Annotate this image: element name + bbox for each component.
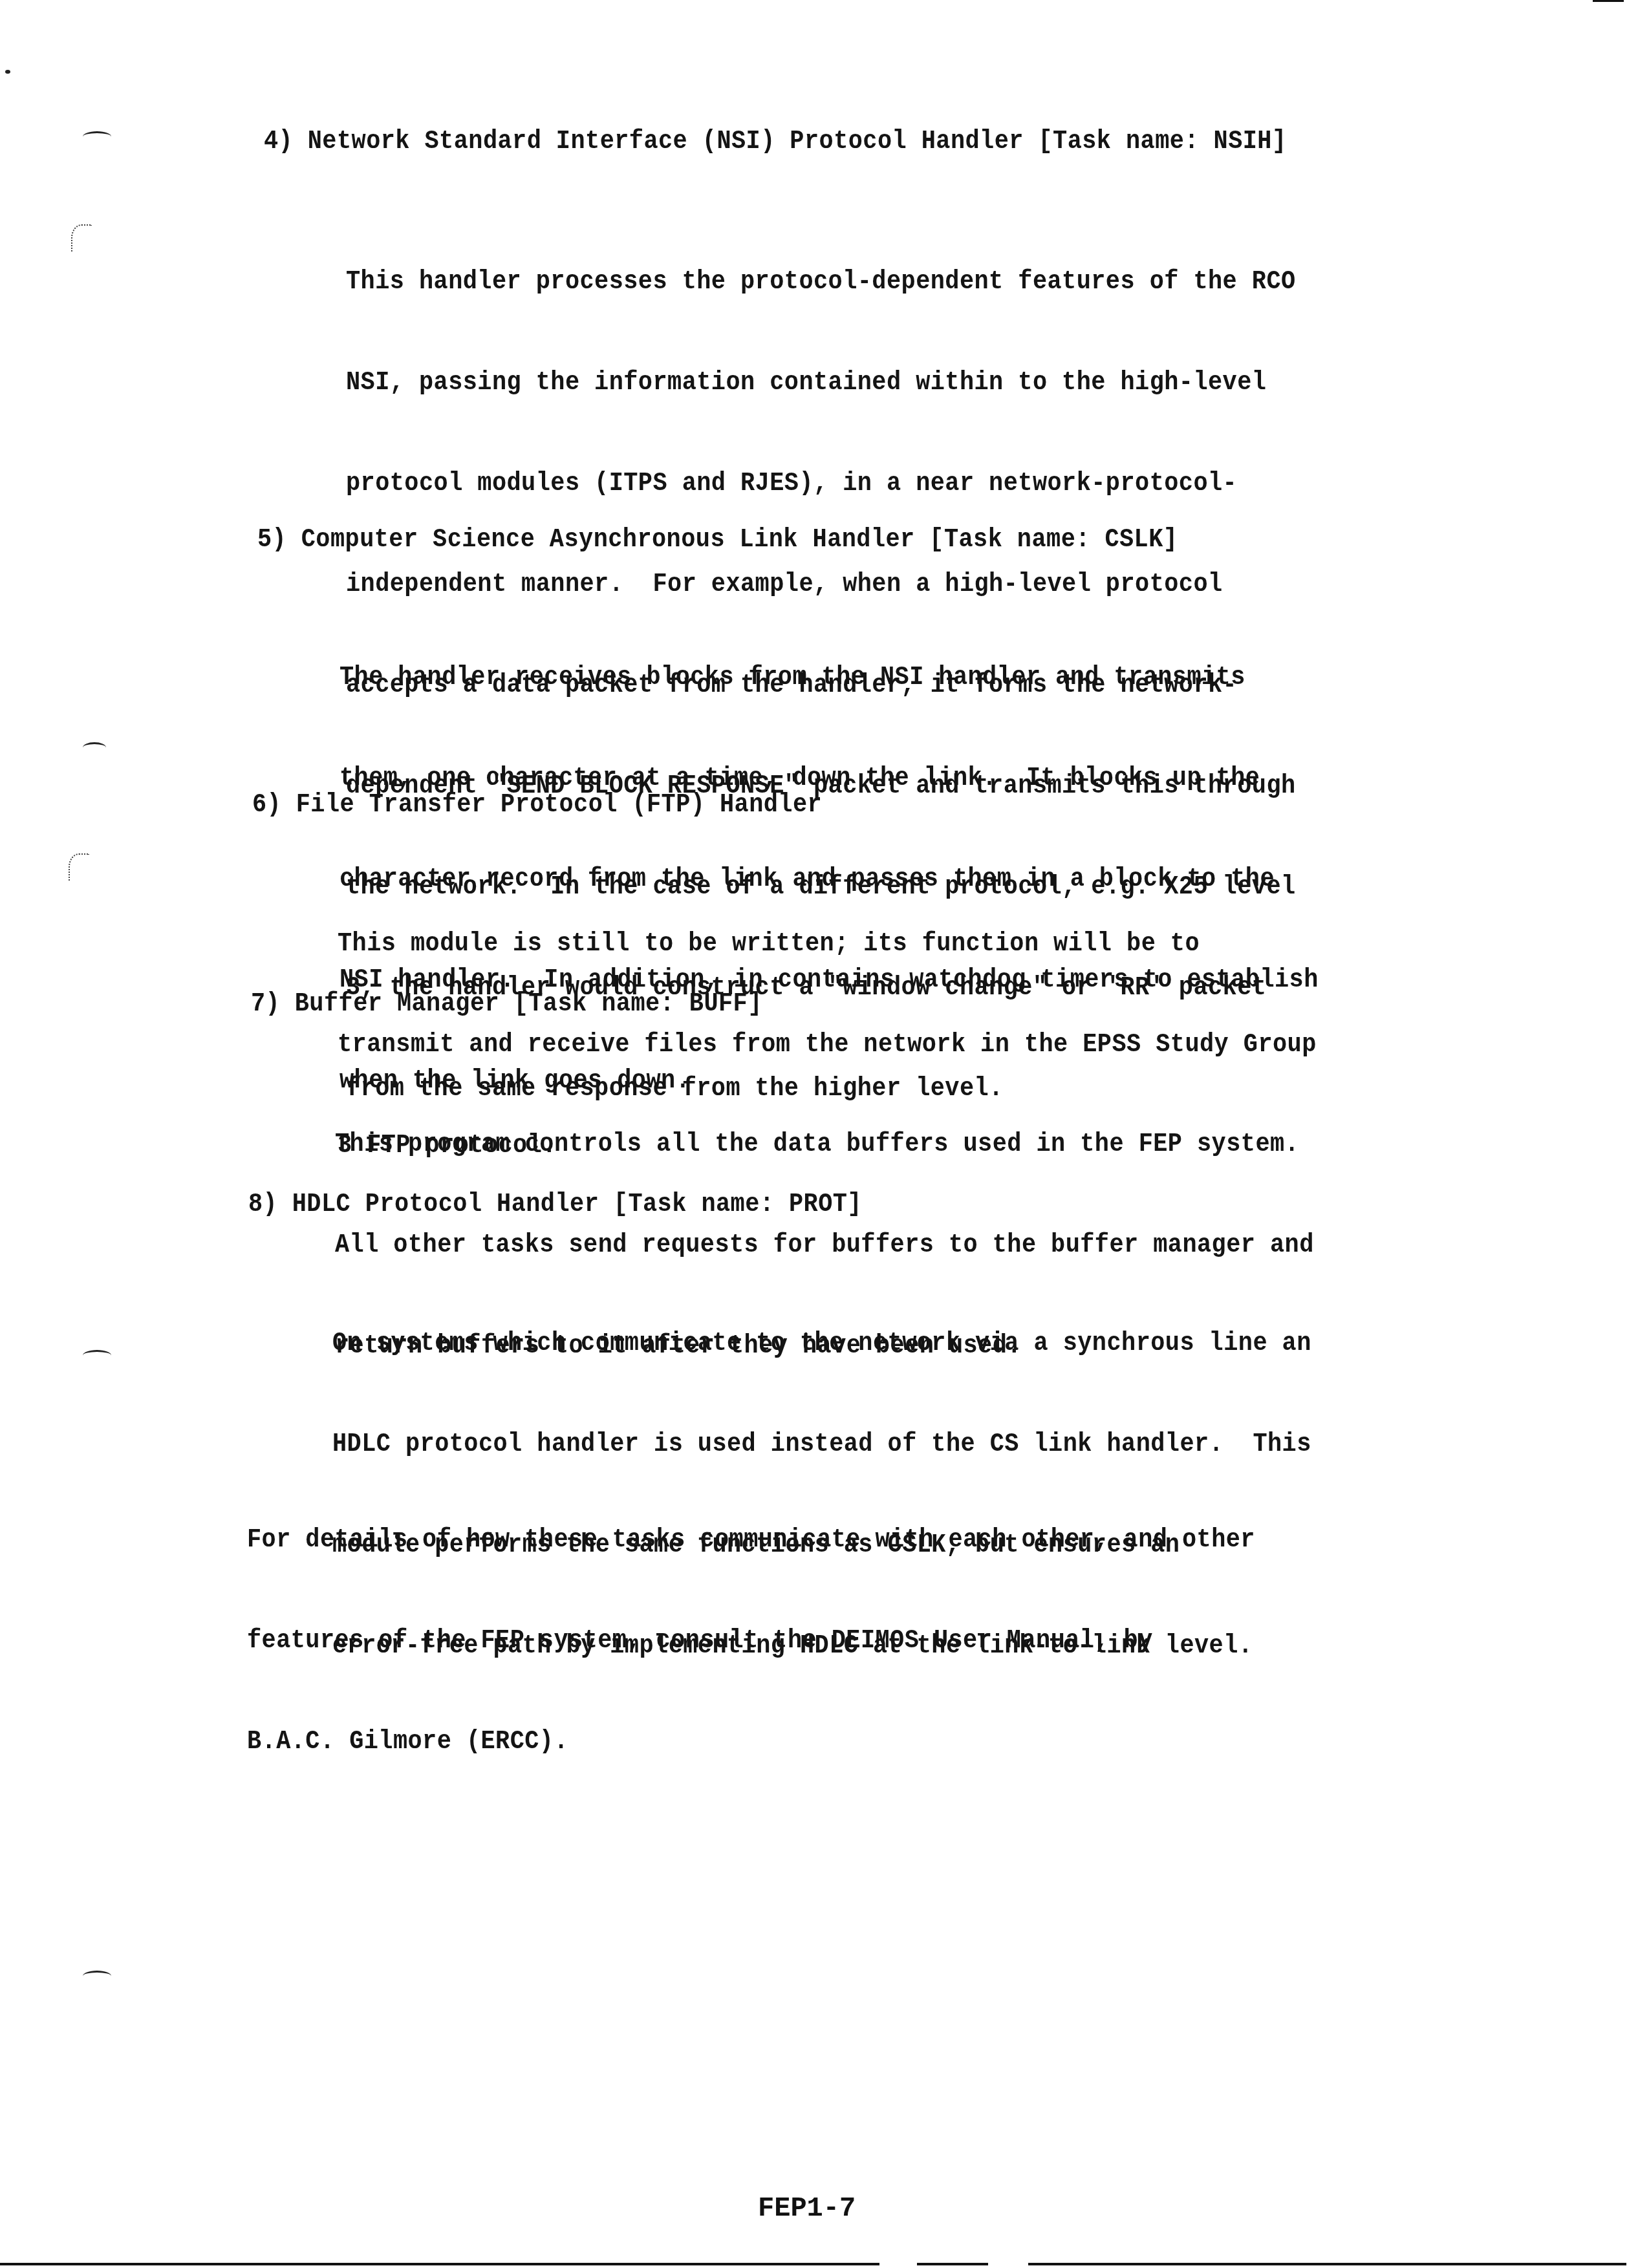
section-4-heading: 4) Network Standard Interface (NSI) Prot… <box>264 127 1287 156</box>
body-line: The handler receives blocks from the NSI… <box>339 661 1319 694</box>
section-8-heading: 8) HDLC Protocol Handler [Task name: PRO… <box>248 1190 862 1219</box>
body-line: transmit and receive files from the netw… <box>338 1028 1317 1062</box>
body-line: All other tasks send requests for buffer… <box>335 1228 1314 1262</box>
section-5-heading: 5) Computer Science Asynchronous Link Ha… <box>257 525 1178 555</box>
bottom-rule <box>917 2263 988 2265</box>
bottom-rule <box>1028 2263 1626 2265</box>
section-7-heading: 7) Buffer Manager [Task name: BUFF] <box>251 989 762 1019</box>
punch-hole-mark <box>71 224 92 251</box>
page-number: FEP1-7 <box>758 2193 856 2224</box>
body-line: This program controls all the data buffe… <box>335 1128 1314 1161</box>
body-line: On systems which communicate to the netw… <box>332 1327 1311 1360</box>
scan-edge-line <box>1593 0 1624 2</box>
closing-paragraph: For details of how these tasks communica… <box>247 1456 1255 1826</box>
scan-speck <box>5 70 10 74</box>
body-line: This module is still to be written; its … <box>338 927 1317 961</box>
section-6-heading: 6) File Transfer Protocol (FTP) Handler <box>252 790 822 820</box>
body-line: This handler processes the protocol-depe… <box>346 265 1296 299</box>
body-line: For details of how these tasks communica… <box>247 1523 1255 1557</box>
document-page: 4) Network Standard Interface (NSI) Prot… <box>0 0 1649 2268</box>
punch-hole-mark <box>83 1350 111 1361</box>
body-line: NSI, passing the information contained w… <box>346 366 1296 400</box>
punch-hole-mark <box>83 1971 111 1982</box>
body-line: protocol modules (ITPS and RJES), in a n… <box>346 467 1296 500</box>
punch-hole-mark <box>69 853 89 881</box>
punch-hole-mark <box>83 131 111 142</box>
punch-hole-mark <box>83 742 106 753</box>
body-line: features of the FEP system, consult the … <box>247 1624 1255 1658</box>
bottom-rule <box>0 2263 879 2265</box>
body-line: B.A.C. Gilmore (ERCC). <box>247 1725 1255 1759</box>
